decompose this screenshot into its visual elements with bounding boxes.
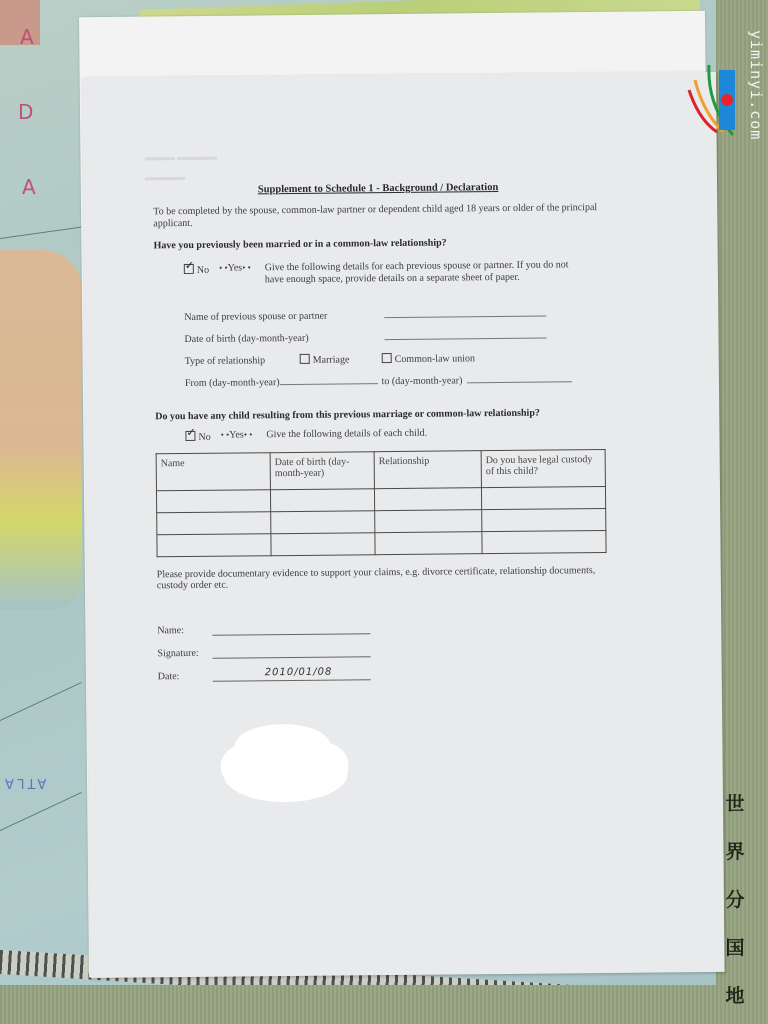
map-letter: D: [18, 100, 33, 124]
table-cell[interactable]: [271, 533, 375, 556]
field-label: Date:: [158, 671, 213, 683]
evidence-note: Please provide documentary evidence to s…: [157, 565, 607, 591]
instruction-text: Give the following details of each child…: [266, 426, 576, 441]
children-table: Name Date of birth (day-month-year) Rela…: [156, 449, 607, 557]
option-common-law[interactable]: Common-law union: [382, 351, 475, 365]
table-cell[interactable]: [157, 512, 271, 535]
map-label: ATLA: [2, 775, 46, 790]
map-title-char: 界: [722, 828, 748, 876]
map-letter: A: [20, 25, 34, 49]
option-marriage[interactable]: Marriage: [300, 352, 372, 366]
checkbox-marriage[interactable]: [300, 354, 310, 364]
document-title: Supplement to Schedule 1 - Background / …: [153, 181, 603, 196]
column-header: Date of birth (day-month-year): [270, 452, 374, 490]
table-cell[interactable]: [481, 486, 605, 509]
table-surface-bottom: [0, 985, 768, 1024]
map-title-vertical: 世 界 分 国 地: [722, 780, 748, 1020]
field-label: to (day-month-year): [382, 375, 463, 387]
option-yes[interactable]: • •Yes• •: [219, 262, 251, 273]
option-label: Yes: [229, 429, 244, 440]
table-cell[interactable]: [271, 511, 375, 534]
bullet-icon: • •: [221, 430, 230, 440]
checkbox-no-checked[interactable]: [185, 431, 195, 441]
answer-row-previous-marriage: No • •Yes• • Give the following details …: [184, 259, 604, 287]
bullet-icon: • •: [242, 262, 251, 272]
document-page: ▬▬▬ ▬▬▬▬ ▬▬▬▬ Supplement to Schedule 1 -…: [82, 72, 725, 978]
option-no[interactable]: No: [185, 430, 210, 443]
question-children: Do you have any child resulting from thi…: [155, 407, 605, 422]
instruction-text: Give the following details for each prev…: [265, 259, 575, 286]
option-label: No: [197, 265, 209, 276]
answer-row-children: No • •Yes• • Give the following details …: [185, 426, 605, 443]
field-label: Name:: [157, 625, 212, 637]
map-gridline: [0, 682, 82, 721]
map-title-char: 世: [722, 780, 748, 828]
bullet-icon: • •: [219, 263, 228, 273]
watermark-url: yiminyi.com: [741, 30, 765, 170]
map-title-char: 国: [722, 924, 748, 972]
table-cell[interactable]: [482, 530, 606, 553]
bleed-through-text: ▬▬▬▬: [145, 172, 185, 183]
form-content: Supplement to Schedule 1 - Background / …: [153, 181, 608, 682]
redaction-blob: [220, 723, 351, 804]
table-cell[interactable]: [375, 510, 482, 533]
table-cell[interactable]: [374, 488, 481, 511]
map-title-char: 分: [722, 876, 748, 924]
table-row: [157, 530, 606, 556]
table-cell[interactable]: [375, 532, 482, 555]
checkbox-common-law[interactable]: [382, 353, 392, 363]
option-label: Yes: [228, 262, 243, 273]
option-yes[interactable]: • •Yes• •: [221, 429, 253, 440]
field-from-to: From (day-month-year) to (day-month-year…: [185, 363, 605, 389]
map-letter: A: [22, 175, 36, 199]
date-input-line[interactable]: 2010/01/08: [213, 678, 371, 682]
column-header: Do you have legal custody of this child?: [481, 449, 605, 487]
question-previous-marriage: Have you previously been married or in a…: [154, 236, 604, 251]
table-header-row: Name Date of birth (day-month-year) Rela…: [156, 449, 605, 490]
field-label: Type of relationship: [185, 355, 300, 367]
field-label: Name of previous spouse or partner: [184, 310, 384, 323]
column-header: Relationship: [374, 451, 481, 489]
field-label: Date of birth (day-month-year): [184, 332, 384, 345]
map-title-char: 地: [722, 972, 748, 1020]
intro-text: To be completed by the spouse, common-la…: [153, 202, 603, 230]
from-input-line[interactable]: [280, 382, 378, 385]
map-land-left: [0, 250, 82, 610]
dob-input-line[interactable]: [385, 337, 547, 341]
map-gridline: [0, 792, 82, 831]
field-label: Signature:: [157, 648, 212, 660]
option-label: Common-law union: [395, 353, 475, 365]
bleed-through-text: ▬▬▬ ▬▬▬▬: [145, 152, 218, 164]
signature-date-row: Date: 2010/01/08: [158, 655, 608, 682]
bullet-icon: • •: [244, 429, 253, 439]
table-cell[interactable]: [157, 534, 271, 557]
signature-block: Name: Signature: Date: 2010/01/08: [157, 609, 608, 682]
to-input-line[interactable]: [466, 380, 571, 383]
table-cell[interactable]: [482, 508, 606, 531]
option-label: Marriage: [313, 354, 350, 365]
map-gridline: [0, 225, 89, 239]
watermark-logo-icon: [683, 60, 743, 170]
field-label: From (day-month-year): [185, 377, 280, 389]
name-input-line[interactable]: [384, 315, 546, 319]
table-cell[interactable]: [270, 489, 374, 512]
option-label: No: [198, 432, 210, 443]
handwritten-date: 2010/01/08: [265, 667, 333, 679]
column-header: Name: [156, 453, 270, 491]
option-no[interactable]: No: [184, 263, 209, 276]
table-cell[interactable]: [156, 490, 270, 513]
checkbox-no-checked[interactable]: [184, 264, 194, 274]
